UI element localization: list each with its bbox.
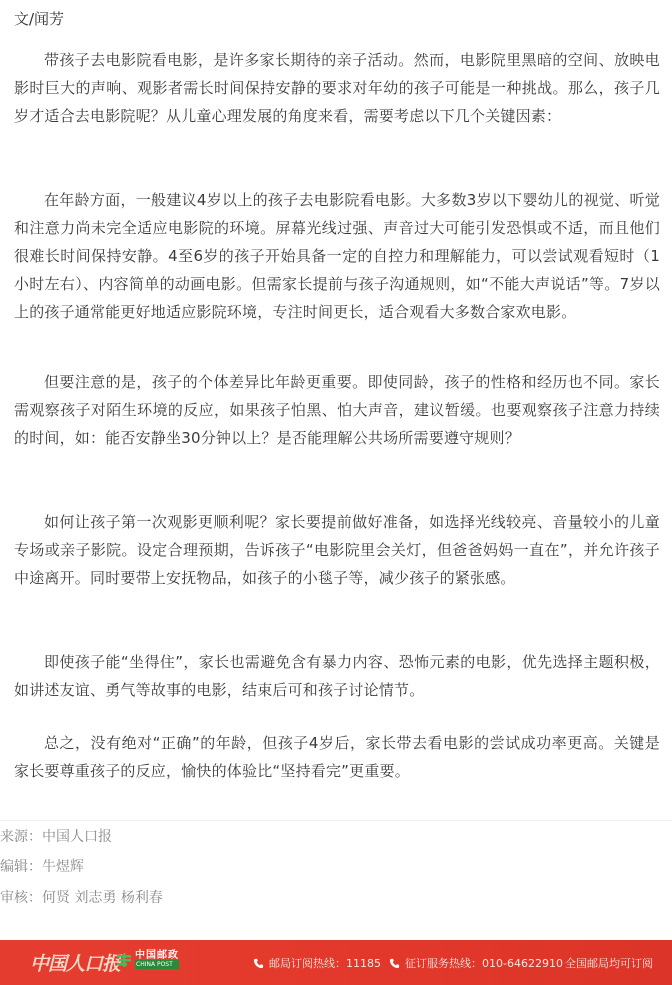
newspaper-logo: 中国人口报 <box>30 949 120 976</box>
reviewer-line: 审核：何贤 刘志勇 杨利春 <box>0 888 163 908</box>
divider <box>0 820 672 821</box>
post-hotline-text: 邮局订阅热线：11185 <box>269 955 381 971</box>
china-post-en: CHINA POST <box>135 960 179 969</box>
subscription-note: 全国邮局均可订阅 <box>565 955 653 971</box>
china-post-icon <box>116 952 132 968</box>
china-post-cn: 中国邮政 <box>135 951 179 960</box>
paragraph-preparation: 如何让孩子第一次观影更顺利呢？家长要提前做好准备，如选择光线较亮、音量较小的儿童… <box>14 508 660 592</box>
service-hotline: 征订服务热线：010-64622910 <box>389 955 563 971</box>
paragraph-intro: 带孩子去电影院看电影，是许多家长期待的亲子活动。然而，电影院里黑暗的空间、放映电… <box>14 46 660 130</box>
editor-line: 编辑：牛煜辉 <box>0 857 84 877</box>
byline: 文/闻芳 <box>14 8 64 30</box>
paragraph-content-choice: 即使孩子能“坐得住”，家长也需避免含有暴力内容、恐怖元素的电影，优先选择主题积极… <box>14 648 660 704</box>
post-hotline: 邮局订阅热线：11185 <box>253 955 381 971</box>
phone-icon <box>253 958 264 969</box>
china-post-logo: 中国邮政 CHINA POST <box>116 951 179 969</box>
paragraph-individual-difference: 但要注意的是，孩子的个体差异比年龄更重要。即使同龄，孩子的性格和经历也不同。家长… <box>14 368 660 452</box>
phone-icon <box>389 958 400 969</box>
source-line: 来源：中国人口报 <box>0 827 112 847</box>
subscription-banner[interactable]: 中国人口报 中国邮政 CHINA POST 邮局订阅热线：11185 征订服务热… <box>0 940 672 985</box>
paragraph-age: 在年龄方面，一般建议4岁以上的孩子去电影院看电影。大多数3岁以下婴幼儿的视觉、听… <box>14 186 660 326</box>
service-hotline-text: 征订服务热线：010-64622910 <box>405 955 563 971</box>
paragraph-conclusion: 总之，没有绝对“正确”的年龄，但孩子4岁后，家长带去看电影的尝试成功率更高。关键… <box>14 729 660 785</box>
